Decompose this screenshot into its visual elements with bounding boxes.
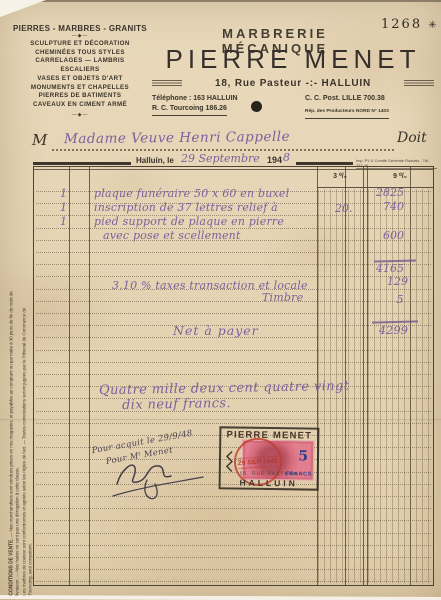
stamp-duty-label: Timbre bbox=[262, 291, 303, 304]
column-9pct-label: 9 ⁰/₀ bbox=[367, 172, 433, 180]
service-item: CAVEAUX EN CIMENT ARMÉ bbox=[6, 101, 154, 110]
doit-label: Doit bbox=[397, 130, 427, 146]
printed-year: 194 bbox=[267, 155, 282, 165]
rule-bar-right bbox=[296, 162, 353, 165]
invoice-scan: PIERRES - MARBRES - GRANITS —◆— SCULPTUR… bbox=[0, 0, 441, 600]
service-item: ESCALIERS bbox=[6, 66, 154, 75]
signature bbox=[105, 452, 210, 513]
contact-right: C. C. Post. LILLE 700.38 Rép. des Produc… bbox=[305, 94, 389, 119]
date-stamp-text: 29 SEP 1948 bbox=[237, 455, 278, 468]
table-vline bbox=[69, 167, 70, 585]
signature-flourish bbox=[105, 452, 210, 508]
ornament-bottom: —◆— bbox=[6, 112, 154, 118]
conditions-line: Tourcoing, seul compétent. bbox=[27, 166, 33, 596]
phone: Téléphone : 163 HALLUIN bbox=[152, 94, 238, 104]
place-label: Halluin, le bbox=[136, 156, 174, 165]
ccp-number: C. C. Post. LILLE 700.38 bbox=[305, 94, 389, 104]
line-description: inscription de 37 lettres relief à bbox=[94, 201, 278, 214]
service-item: CHEMINÉES TOUS STYLES bbox=[6, 49, 154, 58]
conditions-of-sale: CONDITIONS DE VENTE. — Nos marchandises … bbox=[8, 166, 33, 596]
company-address: 18, Rue Pasteur -:- HALLUIN bbox=[150, 78, 436, 89]
rule-bar-left bbox=[33, 162, 131, 165]
addressee-dotted-line bbox=[52, 149, 394, 151]
document-number-value: 1268 bbox=[381, 17, 422, 32]
service-item: CARRELAGES — LAMBRIS bbox=[6, 57, 154, 66]
line-description: avec pose et scellement bbox=[103, 229, 241, 242]
fiscal-stamp-value: 5 bbox=[298, 448, 308, 464]
column-3pct-label: 3 ⁰/₀ bbox=[317, 172, 363, 180]
conditions-text: — Nos marchandises sont vendues prises e… bbox=[8, 291, 13, 538]
services-title: PIERRES - MARBRES - GRANITS bbox=[6, 24, 154, 33]
line-description: plaque funéraire 50 x 60 en buxel bbox=[94, 187, 289, 200]
line-amount: 600 bbox=[368, 229, 404, 242]
subtotal-amount: 4165 bbox=[368, 262, 404, 275]
tax-amount: 129 bbox=[372, 275, 408, 288]
table-vline bbox=[363, 167, 364, 585]
net-label: Net à payer bbox=[173, 323, 259, 338]
stamp-city: HALLUIN bbox=[221, 477, 317, 488]
service-item: MONUMENTS ET CHAPELLES bbox=[6, 84, 154, 93]
line-description: pied support de plaque en pierre bbox=[94, 215, 284, 228]
handwritten-year-digit: 8 bbox=[283, 151, 290, 164]
net-amount: 4299 bbox=[372, 323, 408, 337]
producer-registration: Rép. des Producteurs NORD N° 1403 bbox=[305, 107, 389, 119]
line-qty: 1 bbox=[60, 215, 67, 228]
service-item: VASES ET OBJETS D'ART bbox=[6, 75, 154, 84]
contact-left: Téléphone : 163 HALLUIN R. C. Tourcoing … bbox=[152, 94, 238, 116]
table-vline bbox=[89, 167, 90, 585]
paper-top-edge bbox=[0, 0, 441, 2]
addressee-prefix: M bbox=[32, 131, 47, 149]
ornament-top: —◆— bbox=[6, 33, 154, 39]
paper-bottom-edge bbox=[0, 595, 441, 600]
amount-in-words-2: dix neuf francs. bbox=[122, 396, 231, 413]
punch-hole bbox=[251, 101, 262, 112]
company-name: PIERRE MENET bbox=[150, 44, 436, 75]
handwritten-date: 29 Septembre bbox=[181, 152, 260, 165]
conditions-title: CONDITIONS DE VENTE. bbox=[8, 538, 14, 595]
addressee-name: Madame Veuve Henri Cappelle bbox=[64, 129, 290, 147]
asterisk-mark: ✳ bbox=[428, 20, 438, 31]
line-qty: 1 bbox=[60, 201, 67, 214]
services-list: SCULPTURE ET DÉCORATION CHEMINÉES TOUS S… bbox=[6, 40, 154, 110]
unit-price: 20. bbox=[335, 202, 353, 215]
rc-number: R. C. Tourcoing 186.26 bbox=[152, 104, 227, 116]
company-stamp: PIERRE MENET 5 FRANCS 29 SEP 1948 18, RU… bbox=[219, 426, 320, 490]
stamp-duty-amount: 5 bbox=[392, 293, 408, 306]
line-qty: 1 bbox=[60, 187, 67, 200]
line-amount: 740 bbox=[368, 200, 404, 213]
service-item: PIERRES DE BATIMENTS bbox=[6, 92, 154, 101]
service-item: SCULPTURE ET DÉCORATION bbox=[6, 40, 154, 49]
document-number: 1268 ✳ bbox=[381, 17, 439, 32]
line-amount: 2825 bbox=[368, 186, 404, 199]
paper-corner-fold bbox=[0, 0, 46, 17]
